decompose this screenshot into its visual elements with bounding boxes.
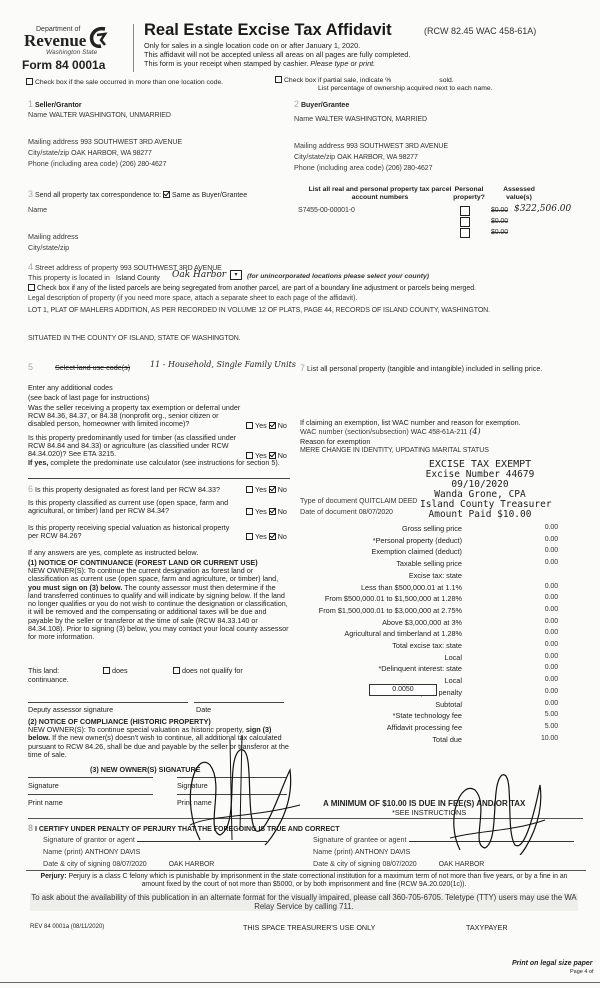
personal-property-label: 7 List all personal property (tangible a… (300, 364, 555, 373)
tax-row-label: Local (445, 676, 462, 685)
tax-row-value[interactable]: 5.00 (545, 723, 558, 730)
document-date-field[interactable]: Date of document 08/07/2020 (300, 507, 393, 516)
tax-row-label: Agricultural and timberland at 1.28% (344, 629, 462, 638)
seller-name-field[interactable]: Name WALTER WASHINGTON, UNMARRIED (28, 110, 171, 119)
legal-description-line2: SITUATED IN THE COUNTY OF ISLAND, STATE … (28, 335, 241, 342)
deputy-date-label[interactable]: Date (196, 705, 211, 714)
assessed-value-printed: $0.00 (491, 229, 508, 236)
page-bottom-edge (0, 982, 600, 983)
owner-print-name-label[interactable]: Print name (28, 798, 63, 807)
timber-note: If yes, complete the predominate use cal… (28, 459, 290, 467)
county-dropdown-button[interactable]: ▾ (230, 270, 242, 280)
local-rate-field[interactable]: 0.0050 (369, 684, 437, 696)
tax-row-value[interactable]: 0.00 (545, 524, 558, 531)
tax-row-value[interactable]: 0.00 (545, 606, 558, 613)
buyer-heading: 2 Buyer/Grantee (294, 99, 349, 109)
seller-heading: 1 Seller/Grantor (28, 99, 82, 109)
section-divider (28, 478, 290, 479)
question-exemption: Was the seller receiving a property tax … (28, 404, 243, 428)
segregated-option[interactable]: Check box if any of the listed parcels a… (28, 284, 476, 292)
tax-row-value[interactable]: 0.00 (545, 641, 558, 648)
question-current-use-answer[interactable]: Yes No (246, 507, 287, 516)
correspondence-name-field[interactable]: Name (28, 205, 47, 214)
question-exemption-answer[interactable]: Yes No (246, 421, 287, 430)
partial-sale-option[interactable]: Check box if partial sale, indicate %sol… (275, 76, 454, 84)
tax-row-value[interactable]: 0.00 (545, 536, 558, 543)
legal-description-line1: LOT 1, PLAT OF MAHLERS ADDITION, AS PER … (28, 307, 490, 314)
question-forest: 6 Is this property designated as forest … (28, 484, 220, 494)
agency-line3: Washington State (46, 49, 97, 56)
deputy-signature-label[interactable]: Deputy assessor signature (28, 705, 113, 714)
tax-row-label: Excise tax: state (409, 571, 462, 580)
same-as-buyer-checkbox[interactable] (163, 191, 170, 198)
location-field: This property is located in Island Count… (28, 273, 160, 282)
tax-row-value[interactable]: 0.00 (545, 629, 558, 636)
title-reference: (RCW 82.45 WAC 458-61A) (424, 26, 536, 36)
header-note-1: Only for sales in a single location code… (144, 41, 360, 50)
if-yes-note: If any answers are yes, complete as inst… (28, 548, 198, 557)
seller-mailing-field[interactable]: Mailing address 993 SOUTHWEST 3RD AVENUE (28, 137, 182, 146)
taxpayer-label: TAXYPAYER (466, 923, 508, 932)
buyer-city-field[interactable]: City/state/zip OAK HARBOR, WA 98277 (294, 152, 418, 161)
tax-row-label: Gross selling price (402, 524, 462, 533)
question-forest-answer[interactable]: Yes No (246, 485, 287, 494)
grantee-name-field[interactable]: Name (print) ANTHONY DAVIS (313, 847, 410, 856)
deputy-signature-line (28, 702, 188, 703)
correspondence-mailing-field[interactable]: Mailing address (28, 232, 78, 241)
personal-col-header: Personal property? (449, 186, 489, 202)
header-divider (133, 24, 134, 72)
partial-sale-checkbox[interactable] (275, 76, 282, 83)
tax-row-label: Taxable selling price (396, 559, 462, 568)
owner-signature-line (28, 777, 153, 778)
buyer-phone-field[interactable]: Phone (including area code) (206) 280-46… (294, 163, 432, 172)
question-historic: Is this property receiving special valua… (28, 524, 238, 540)
header-note-3: This form is your receipt when stamped b… (144, 59, 375, 68)
accessibility-note: To ask about the availability of this pu… (30, 893, 578, 911)
tax-row-value[interactable]: 0.00 (545, 618, 558, 625)
tax-row-value[interactable]: 0.00 (545, 594, 558, 601)
does-option[interactable]: does (103, 666, 128, 675)
this-land-label: This land: (28, 666, 59, 675)
seller-name: WALTER WASHINGTON, UNMARRIED (49, 112, 171, 119)
tax-row-value[interactable]: 5.00 (545, 711, 558, 718)
city-handwritten: Oak Harbor (172, 270, 226, 280)
print-note: Print on legal size paper (512, 960, 593, 967)
seller-phone-field[interactable]: Phone (including area code) (206) 280-46… (28, 159, 166, 168)
tax-row-value[interactable]: 10.00 (541, 735, 558, 742)
tax-row-label: Affidavit processing fee (387, 723, 462, 732)
tax-row-label: Subtotal (435, 700, 462, 709)
question-historic-answer[interactable]: Yes No (246, 532, 287, 541)
tax-row-label: Local (445, 653, 462, 662)
grantor-signature-scribble-icon (170, 730, 310, 850)
deputy-date-line (194, 702, 284, 703)
grantee-signature-scribble-icon (440, 760, 550, 855)
footer-divider (26, 870, 586, 871)
question-timber: Is this property predominantly used for … (28, 434, 238, 458)
parcel-account[interactable]: S7455-00-00001-0 (298, 207, 355, 214)
tax-row-label: Less than $500,000.01 at 1.1% (361, 583, 462, 592)
tax-row-label: Total due (432, 735, 462, 744)
tax-row-value[interactable]: 0.00 (545, 653, 558, 660)
question-current-use: Is this property classified as current u… (28, 499, 238, 515)
document-type-field[interactable]: Type of document QUITCLAIM DEED (300, 496, 417, 505)
multi-location-checkbox[interactable] (26, 78, 33, 85)
tax-row-label: Total excise tax: state (392, 641, 462, 650)
tax-row-label: *Personal property (deduct) (373, 536, 462, 545)
assessed-value-printed: $0.00 (491, 207, 508, 214)
continuance-label: continuance. (28, 675, 69, 684)
header-note-2: This affidavit will not be accepted unle… (144, 50, 410, 59)
correspondence-row: 3 Send all property tax correspondence t… (28, 189, 247, 199)
tax-row-value[interactable]: 0.00 (545, 547, 558, 554)
ownership-note: List percentage of ownership acquired ne… (318, 85, 493, 92)
tax-row-value[interactable]: 0.00 (545, 676, 558, 683)
correspondence-city-field[interactable]: City/state/zip (28, 243, 69, 252)
assessed-value-handwritten: $322,506.00 (514, 204, 571, 214)
tax-row-label: *State technology fee (393, 711, 462, 720)
perjury-note: Perjury: Perjury is a class C felony whi… (30, 873, 578, 889)
revision-label: REV 84 0001a (08/11/2020) (30, 924, 104, 930)
parcel-col-header: List all real and personal property tax … (300, 186, 460, 202)
tax-row-label: From $500,000.01 to $1,500,000 at 1.28% (325, 594, 462, 603)
assessed-value-printed: $0.00 (491, 218, 508, 225)
form-number: Form 84 0001a (22, 58, 105, 72)
exemption-reason-label: Reason for exemption (300, 437, 370, 446)
tax-row-label: Above $3,000,000 at 3% (382, 618, 462, 627)
grantee-date-city-field[interactable]: Date & city of signing 08/07/2020OAK HAR… (313, 859, 484, 868)
tax-row-label: From $1,500,000.01 to $3,000,000 at 2.75… (319, 606, 462, 615)
buyer-mailing-field[interactable]: Mailing address 993 SOUTHWEST 3RD AVENUE (294, 141, 448, 150)
seller-city-field[interactable]: City/state/zip OAK HARBOR, WA 98277 (28, 148, 152, 157)
county-value: Island County (116, 273, 160, 282)
grantor-name-field[interactable]: Name (print) ANTHONY DAVIS (43, 847, 140, 856)
tax-row-value[interactable]: 0.00 (545, 688, 558, 695)
personal-property-checkbox[interactable] (460, 217, 470, 227)
page-indicator: Page 4 of (570, 969, 594, 975)
tax-row-value[interactable]: 0.00 (545, 583, 558, 590)
additional-codes-note: (see back of last page for instructions) (28, 393, 149, 402)
land-use-handwritten: 11 - Household, Single Family Units (150, 360, 296, 369)
agency-line2: Revenue (24, 31, 86, 51)
tax-row-value[interactable]: 0.00 (545, 559, 558, 566)
additional-codes-label[interactable]: Enter any additional codes (28, 383, 113, 392)
legal-description-label: Legal description of property (if you ne… (28, 295, 357, 302)
tax-row-value[interactable]: 0.00 (545, 664, 558, 671)
tax-row-label: *Delinquent interest: state (378, 664, 462, 673)
multi-location-option[interactable]: Check box if the sale occurred in more t… (26, 78, 223, 86)
assessed-col-header: Assessed value(s) (495, 186, 543, 202)
tax-row-label: Exemption claimed (deduct) (372, 547, 462, 556)
page-title: Real Estate Excise Tax Affidavit (144, 21, 392, 40)
tax-row-value[interactable]: 0.00 (545, 700, 558, 707)
notice-continuance-text: NEW OWNER(S): To continue the current de… (28, 567, 290, 642)
does-not-option[interactable]: does not qualify for (173, 666, 243, 675)
personal-property-checkbox[interactable] (460, 206, 470, 216)
revenue-logo-icon (88, 26, 108, 48)
unincorporated-note: (for unincorporated locations please sel… (247, 273, 429, 280)
grantor-date-city-field[interactable]: Date & city of signing 08/07/2020OAK HAR… (43, 859, 214, 868)
treasurer-use-label: THIS SPACE TREASURER'S USE ONLY (243, 923, 375, 932)
treasurer-stamp: EXCISE TAX EXEMPT Excise Number 44679 09… (420, 460, 540, 520)
segregated-checkbox[interactable] (28, 284, 35, 291)
owner-print-line (28, 794, 153, 795)
exemption-label: If claiming an exemption, list WAC numbe… (300, 418, 521, 427)
owner-signature-label[interactable]: Signature (28, 781, 59, 790)
exemption-reason[interactable]: MERE CHANGE IN IDENTITY, UPDATING MARITA… (300, 447, 489, 454)
wac-number-field[interactable]: WAC number (section/subsection) WAC 458-… (300, 427, 481, 436)
personal-property-checkbox[interactable] (460, 228, 470, 238)
land-use-select[interactable]: 5 Select land use code(s) (28, 362, 130, 372)
buyer-name-field[interactable]: Name WALTER WASHINGTON, MARRIED (294, 114, 427, 123)
